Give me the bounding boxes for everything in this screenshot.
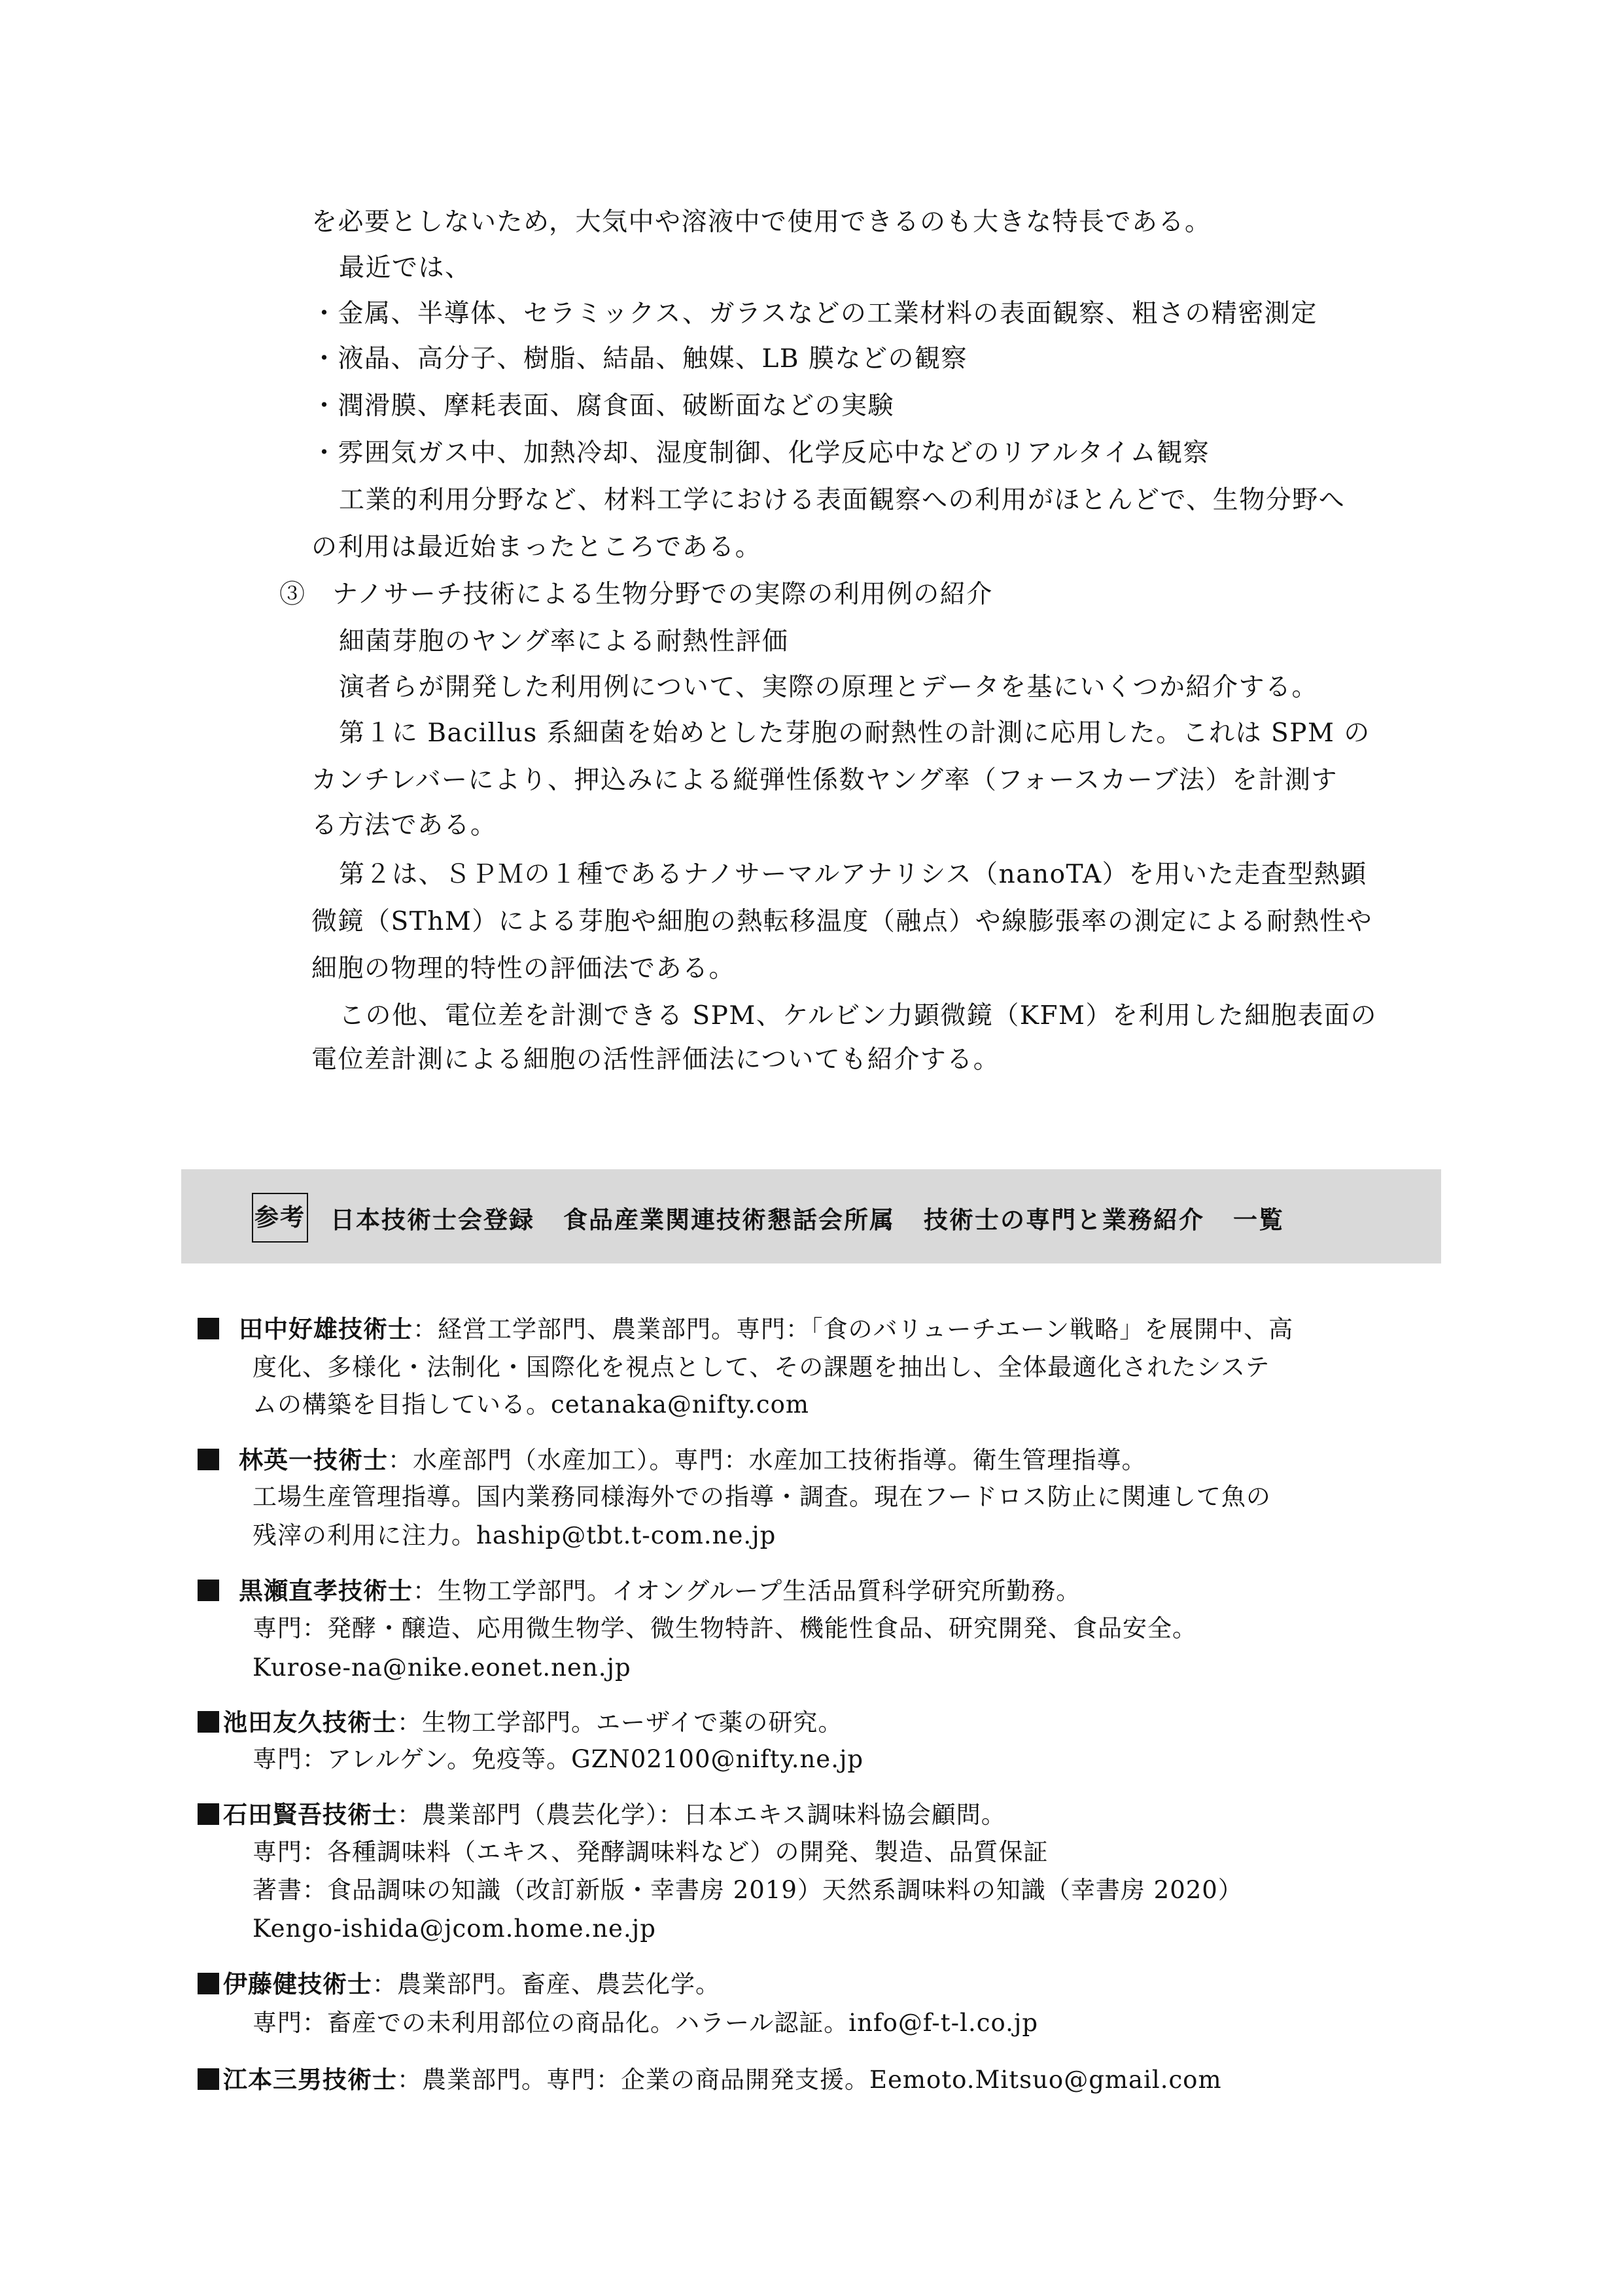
bullet-item: ・潤滑膜、摩耗表面、腐食面、破断面などの実験 bbox=[311, 391, 894, 421]
section-title-part: 食品産業関連技術懇話会所属 bbox=[563, 1206, 895, 1234]
entry-text: 専門：アレルゲン。免疫等。GZN02100@nifty.ne.jp bbox=[253, 1744, 864, 1775]
body-line: を必要としないため，大気中や溶液中で使用できるのも大きな特長である。 bbox=[311, 207, 1211, 238]
entry-text: ：生物工学部門。エーザイで薬の研究。 bbox=[397, 1708, 843, 1737]
square-bullet-icon bbox=[198, 1973, 219, 1994]
body-line: 最近では、 bbox=[339, 253, 472, 283]
entry-text: 度化、多様化・法制化・国際化を視点として、その課題を抽出し、全体最適化されたシス… bbox=[253, 1352, 1270, 1383]
engineer-name: 伊藤健技術士 bbox=[223, 1970, 372, 1998]
engineer-name: 池田友久技術士 bbox=[223, 1708, 397, 1737]
body-line: この他、電位差を計測できる SPM、ケルビン力顕微鏡（KFM）を利用した細胞表面… bbox=[339, 1001, 1377, 1031]
entry-text: 専門：各種調味料（エキス、発酵調味料など）の開発、製造、品質保証 bbox=[253, 1837, 1048, 1867]
body-line: 第１に Bacillus 系細菌を始めとした芽胞の耐熱性の計測に応用した。これは… bbox=[339, 718, 1370, 749]
body-line: カンチレバーにより、押込みによる縦弾性係数ヤング率（フォースカーブ法）を計測す bbox=[311, 766, 1338, 796]
body-line: 演者らが開発した利用例について、実際の原理とデータを基にいくつか紹介する。 bbox=[339, 673, 1318, 703]
square-bullet-icon bbox=[198, 1318, 219, 1339]
entry-text: 専門：畜産での未利用部位の商品化。ハラール認証。info@f-t-l.co.jp bbox=[253, 2008, 1038, 2038]
entry-text: ：農業部門。畜産、農芸化学。 bbox=[372, 1970, 720, 1998]
entry-text: 著書：食品調味の知識（改訂新版・幸書房 2019）天然系調味料の知識（幸書房 2… bbox=[253, 1875, 1243, 1905]
engineer-name: 江本三男技術士 bbox=[223, 2066, 397, 2094]
bullet-item: ・雰囲気ガス中、加熱冷却、湿度制御、化学反応中などのリアルタイム観察 bbox=[311, 438, 1210, 468]
bullet-item: ・金属、半導体、セラミックス、ガラスなどの工業材料の表面観察、粗さの精密測定 bbox=[311, 299, 1318, 329]
body-line: の利用は最近始まったところである。 bbox=[311, 533, 761, 563]
subsection-heading: ③ ナノサーチ技術による生物分野での実際の利用例の紹介 bbox=[279, 580, 993, 610]
body-line: 細胞の物理的特性の評価法である。 bbox=[311, 954, 735, 984]
engineer-name: 石田賢吾技術士 bbox=[223, 1801, 397, 1829]
body-line: 電位差計測による細胞の活性評価法についても紹介する。 bbox=[311, 1045, 1000, 1075]
square-bullet-icon bbox=[198, 1711, 219, 1733]
section-title-part: 一覧 bbox=[1233, 1206, 1284, 1234]
square-bullet-icon bbox=[198, 1449, 219, 1470]
subsection-subtitle: 細菌芽胞のヤング率による耐熱性評価 bbox=[339, 627, 788, 657]
body-line: る方法である。 bbox=[311, 811, 497, 841]
bullet-item: ・液晶、高分子、樹脂、結晶、触媒、LB 膜などの観察 bbox=[311, 344, 968, 374]
square-bullet-icon bbox=[198, 1803, 219, 1825]
square-bullet-icon bbox=[198, 1580, 219, 1601]
entry-text: Kengo-ishida@jcom.home.ne.jp bbox=[253, 1914, 656, 1944]
body-line: 微鏡（SThM）による芽胞や細胞の熱転移温度（融点）や線膨張率の測定による耐熱性… bbox=[311, 907, 1372, 937]
entry-text: ：生物工学部門。イオングループ生活品質科学研究所勤務。 bbox=[413, 1577, 1081, 1605]
section-title: 参考日本技術士会登録食品産業関連技術懇話会所属技術士の専門と業務紹介一覧 bbox=[252, 1200, 1284, 1243]
entry-text: 専門：発酵・醸造、応用微生物学、微生物特許、機能性食品、研究開発、食品安全。 bbox=[253, 1614, 1197, 1644]
entry-text: ：農業部門。専門：企業の商品開発支援。Eemoto.Mitsuo@gmail.c… bbox=[397, 2066, 1222, 2094]
section-title-part: 技術士の専門と業務紹介 bbox=[924, 1206, 1204, 1234]
engineer-name: 田中好雄技術士 bbox=[239, 1315, 413, 1343]
entry-text: ムの構築を目指している。cetanaka@nifty.com bbox=[253, 1390, 809, 1420]
engineer-name: 黒瀬直孝技術士 bbox=[239, 1577, 413, 1605]
entry-text: Kurose-na@nike.eonet.nen.jp bbox=[253, 1653, 631, 1683]
section-title-part: 日本技術士会登録 bbox=[330, 1206, 534, 1234]
square-bullet-icon bbox=[198, 2068, 219, 2090]
engineer-name: 林英一技術士 bbox=[239, 1446, 388, 1474]
entry-text: ：水産部門（水産加工）。専門：水産加工技術指導。衛生管理指導。 bbox=[388, 1446, 1147, 1474]
entry-text: 工場生産管理指導。国内業務同様海外での指導・調査。現在フードロス防止に関連して魚… bbox=[253, 1482, 1271, 1512]
entry-text: ：経営工学部門、農業部門。専門：「食のバリューチエーン戦略」を展開中、高 bbox=[413, 1315, 1293, 1343]
entry-text: 残滓の利用に注力。haship@tbt.t-com.ne.jp bbox=[253, 1521, 776, 1551]
reference-tag: 参考 bbox=[252, 1193, 308, 1243]
body-line: 工業的利用分野など、材料工学における表面観察への利用がほとんどで、生物分野へ bbox=[339, 486, 1345, 516]
body-line: 第２は、ＳＰＭの１種であるナノサーマルアナリシス（nanoTA）を用いた走査型熱… bbox=[339, 860, 1367, 890]
entry-text: ：農業部門（農芸化学）：日本エキス調味料協会顧問。 bbox=[397, 1801, 1006, 1829]
